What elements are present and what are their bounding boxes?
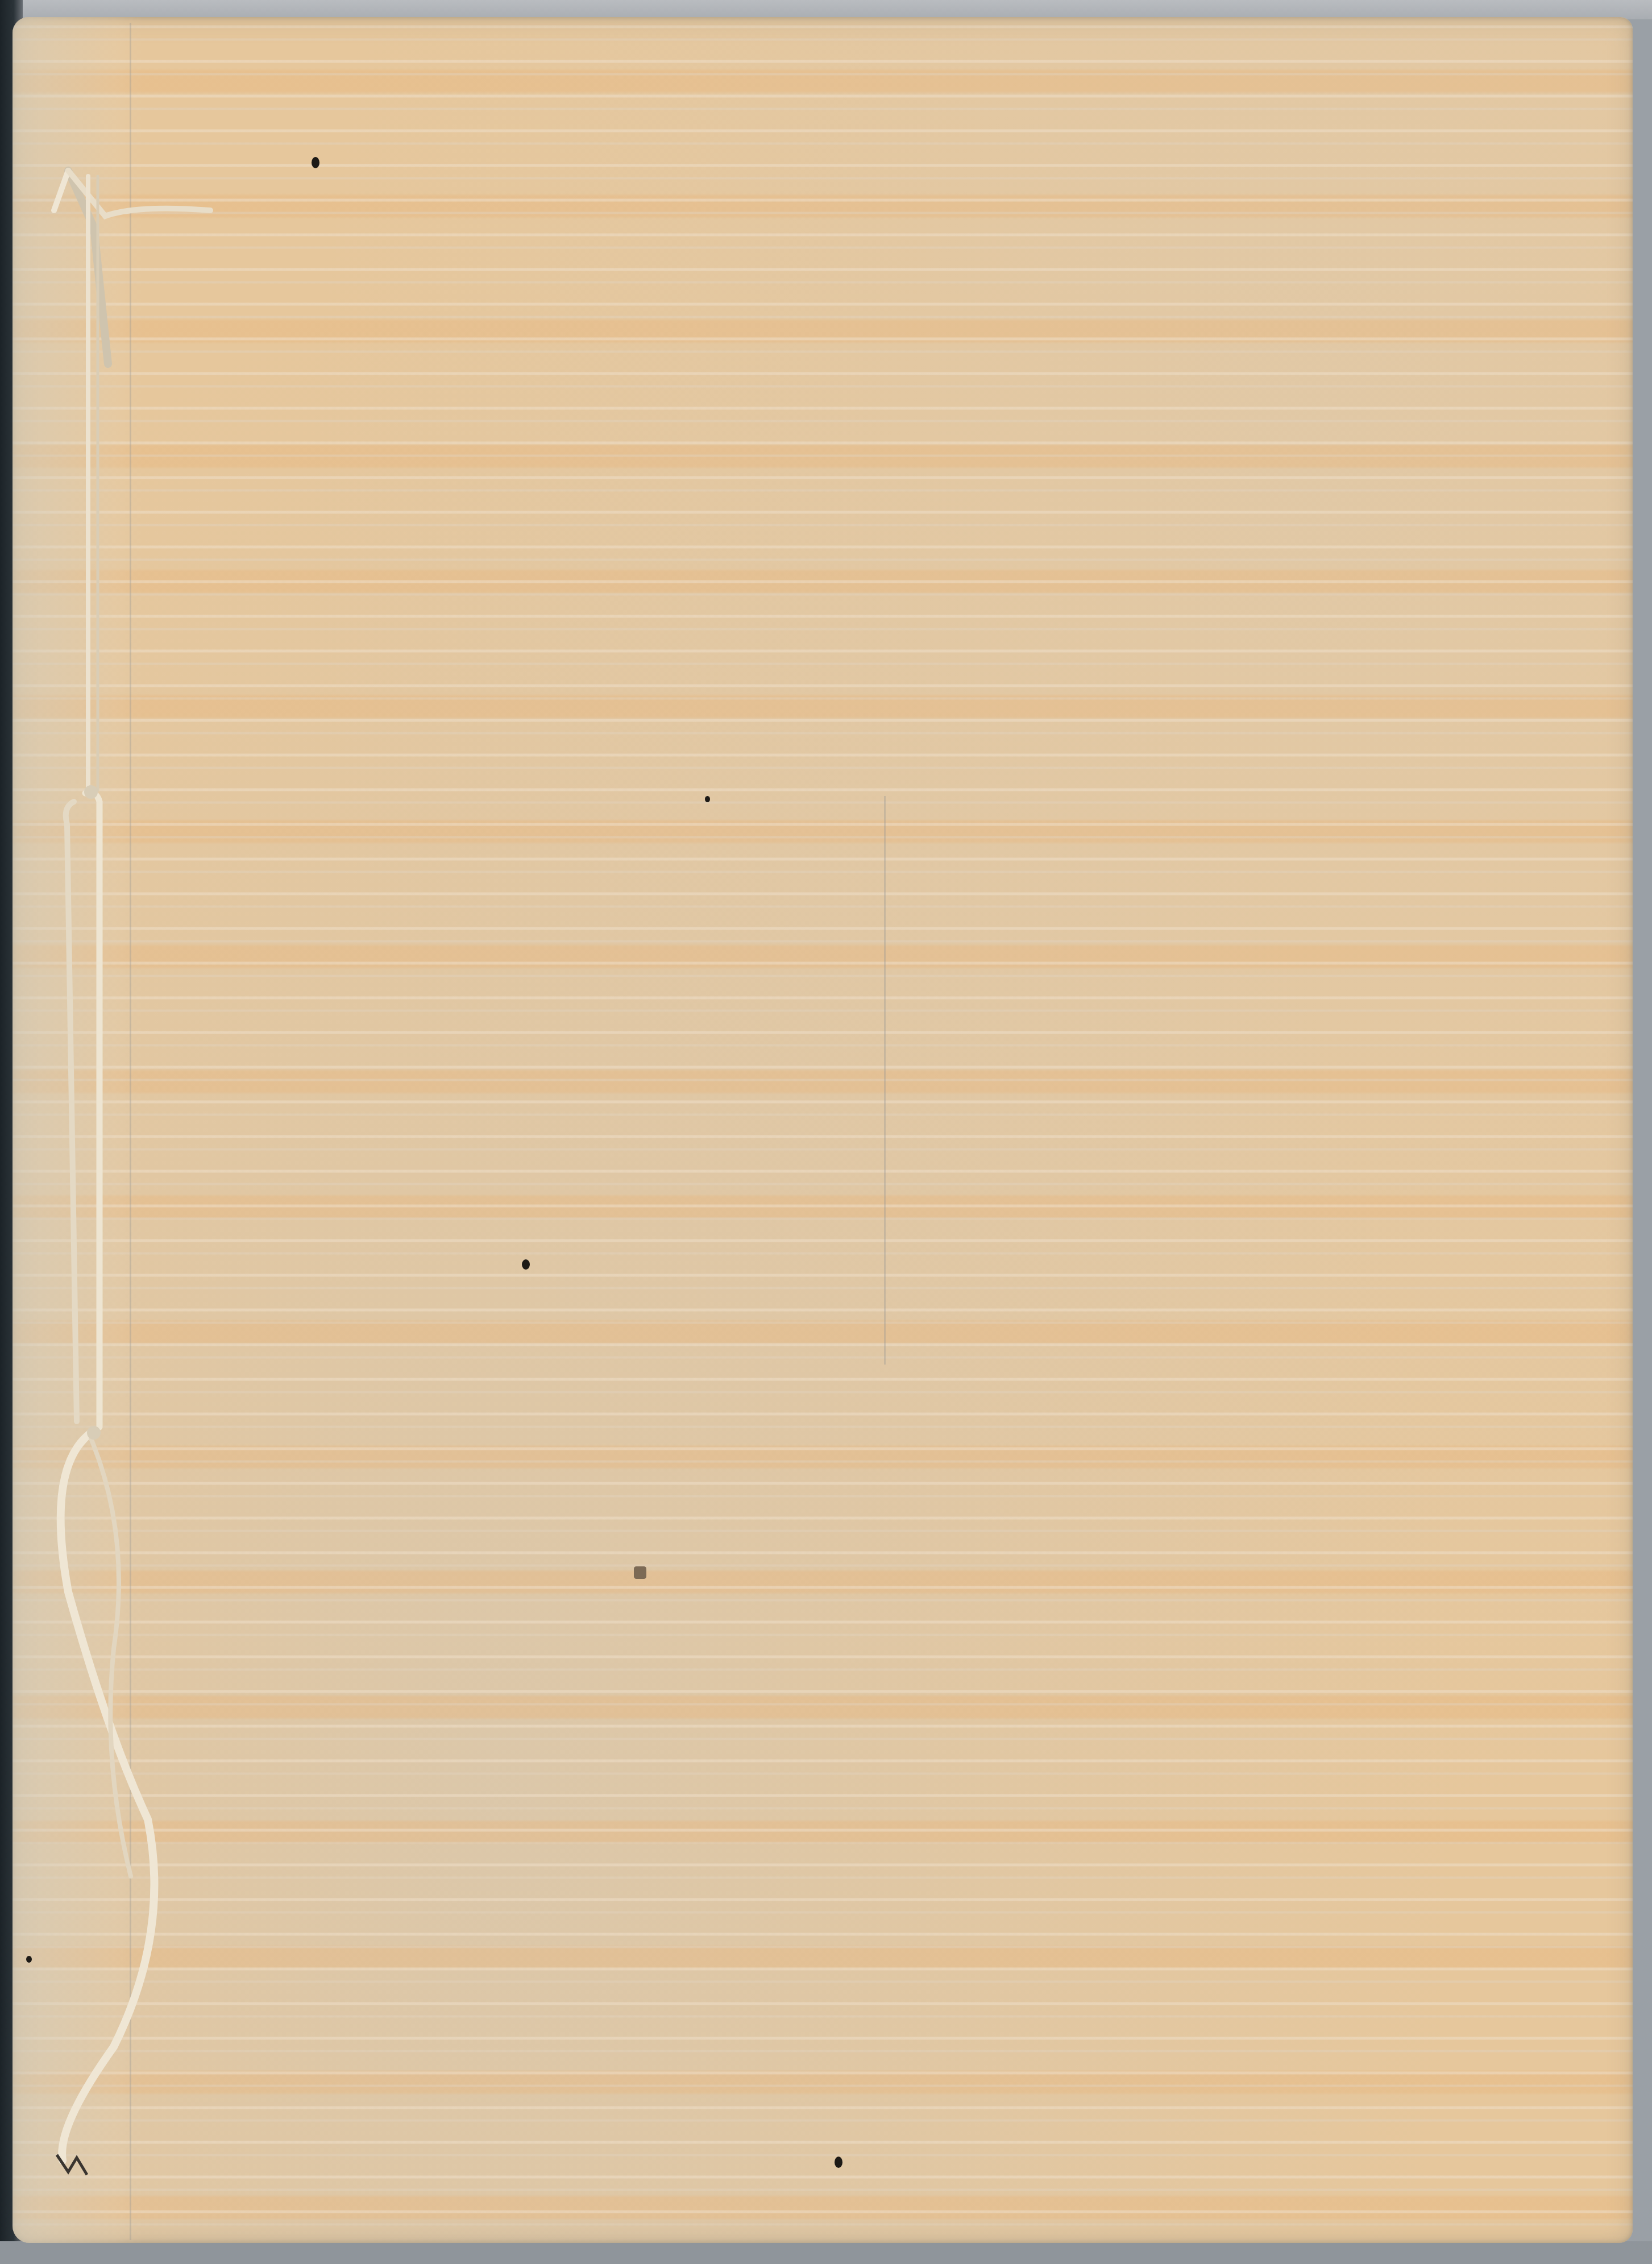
- binding-knot: [87, 1426, 101, 1440]
- binding-thread: [0, 0, 1652, 2264]
- binding-knot: [84, 785, 98, 799]
